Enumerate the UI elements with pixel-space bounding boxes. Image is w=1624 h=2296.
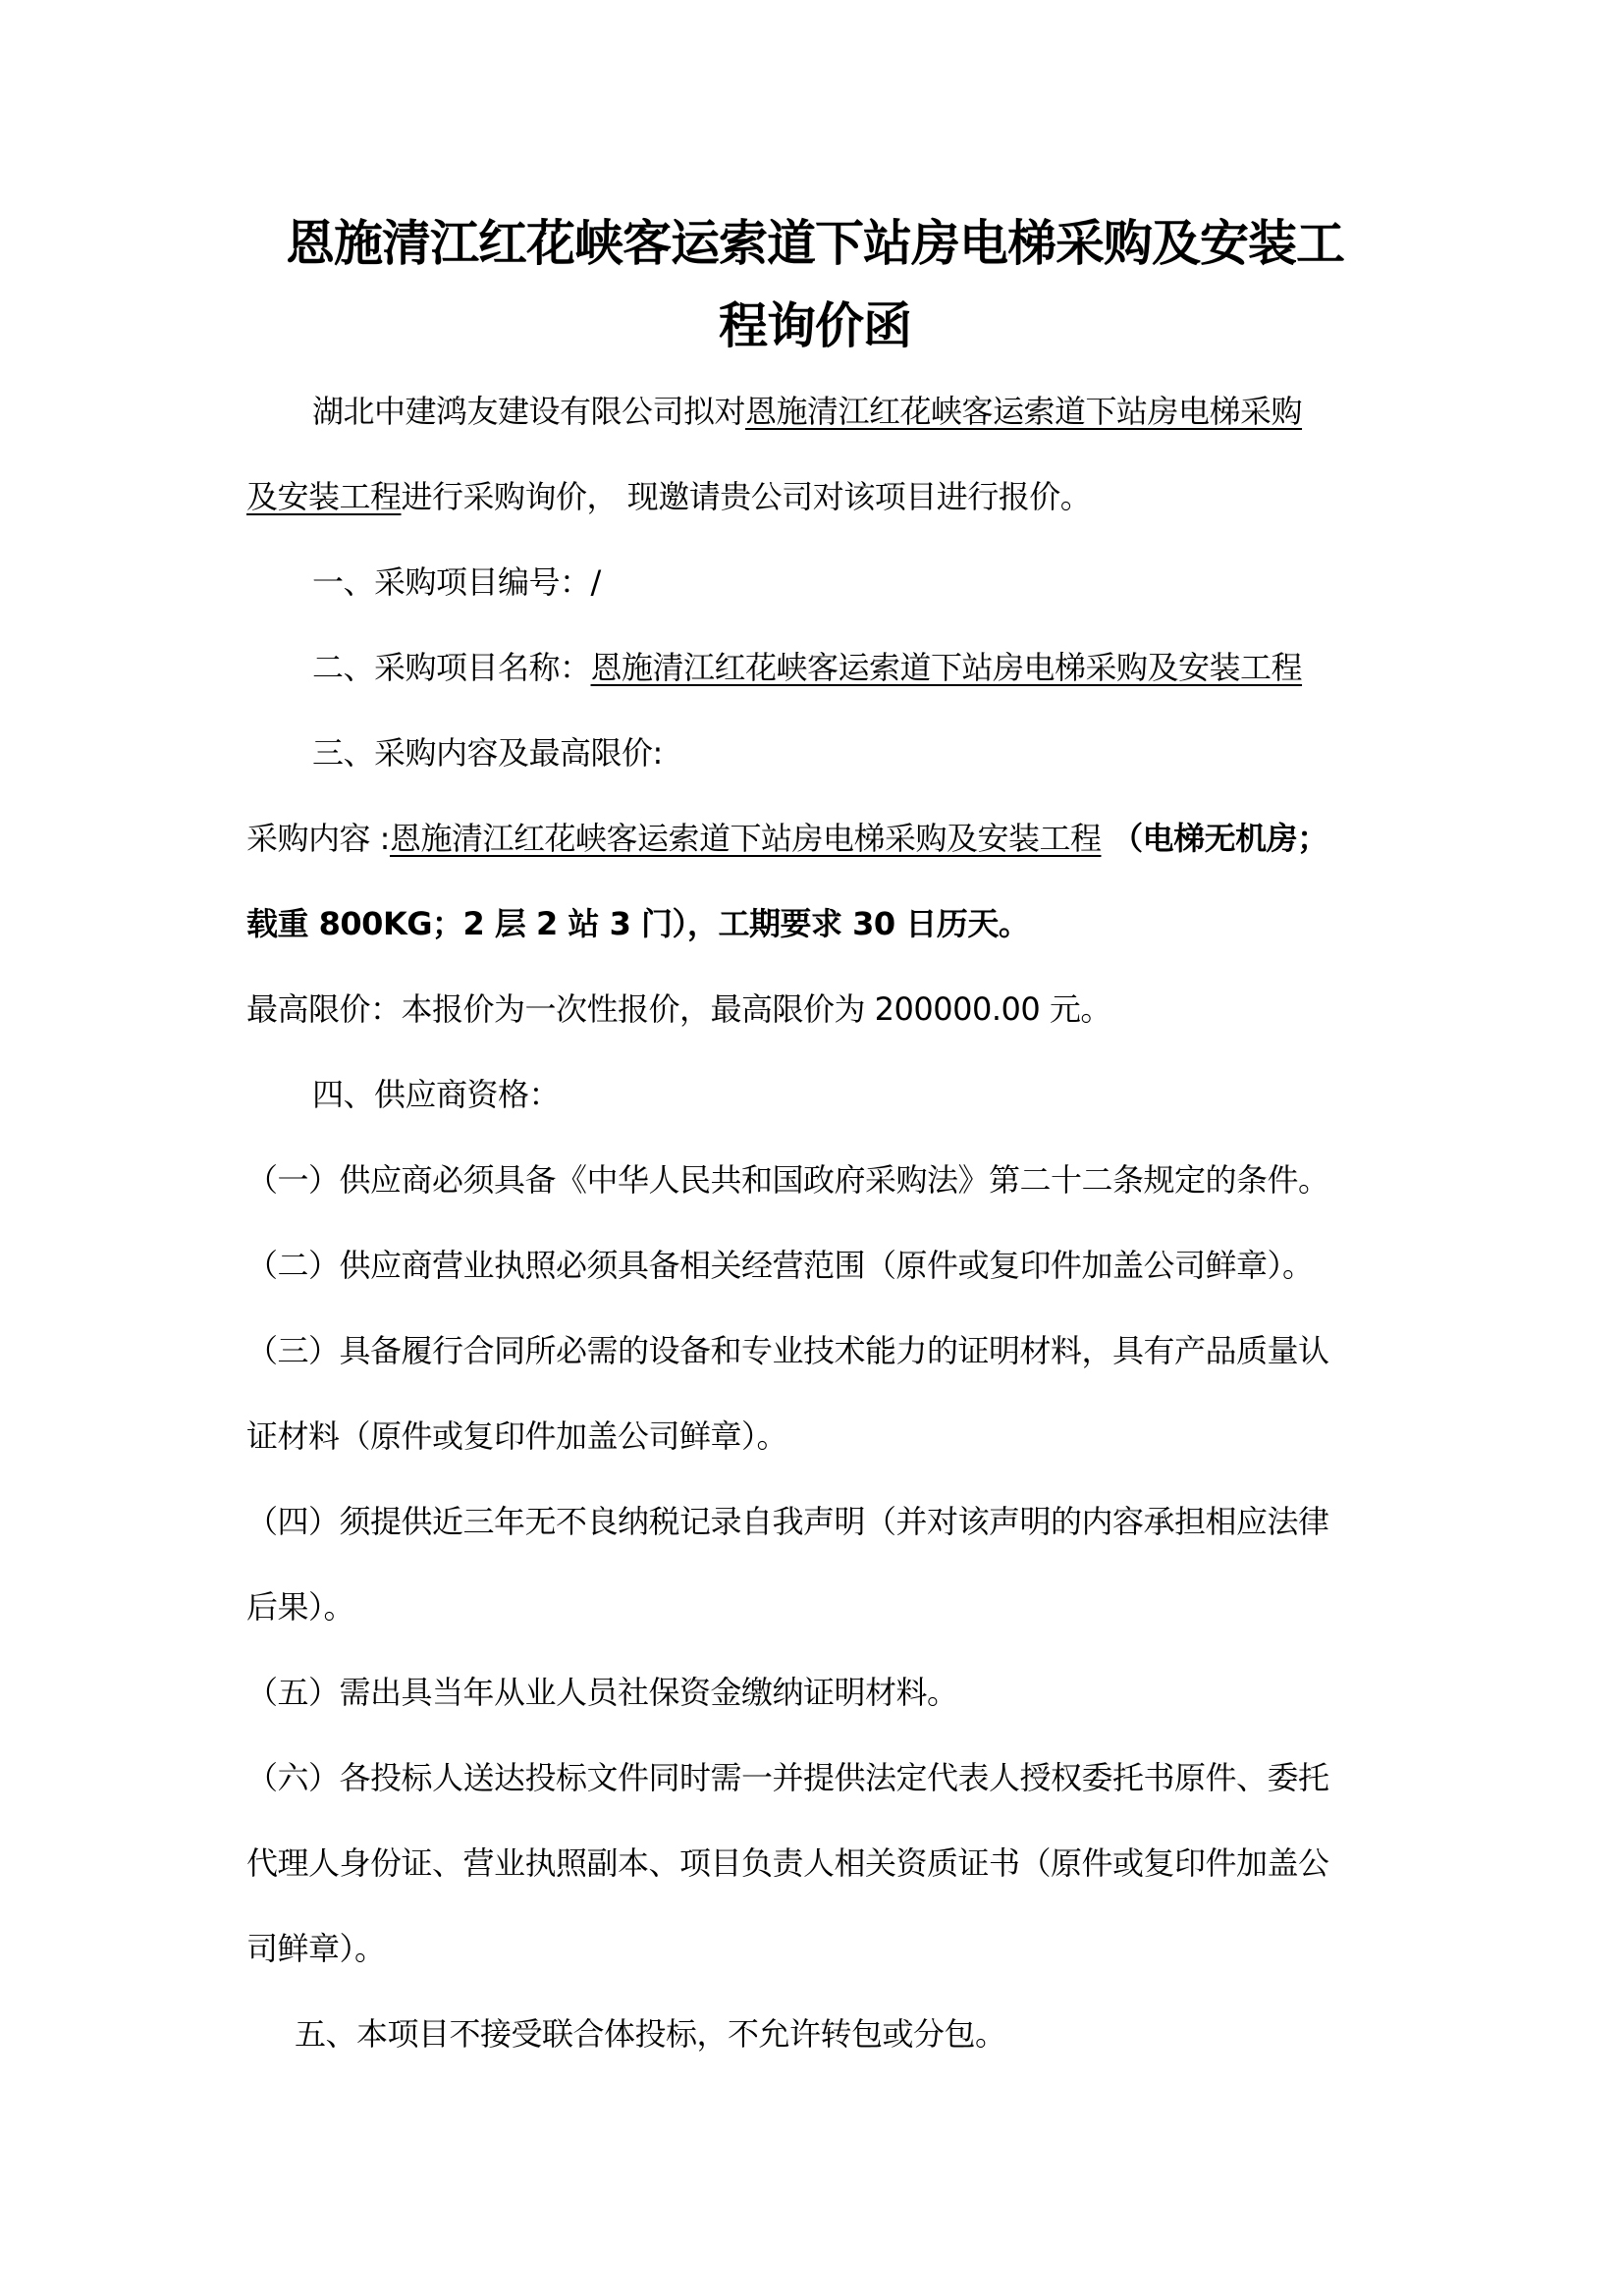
content-project-name: 恩施清江红花峡客运索道下站房电梯采购及安装工程 (390, 820, 1102, 857)
max-price-line: 最高限价：本报价为一次性报价，最高限价为 200000.00 元。 (246, 989, 1405, 1029)
section-2-value: 恩施清江红花峡客运索道下站房电梯采购及安装工程 (591, 649, 1303, 686)
section-2-label: 二、采购项目名称： (312, 649, 591, 686)
content-label: 采购内容 : (246, 820, 390, 857)
section-1-value: / (591, 563, 601, 601)
section-3-heading: 三、采购内容及最高限价: (312, 733, 1471, 773)
intro-paragraph-line-1: 湖北中建鸿友建设有限公司拟对恩施清江红花峡客运索道下站房电梯采购 (312, 392, 1471, 431)
qualification-4-line-2: 后果）。 (246, 1587, 1405, 1627)
intro-paragraph-line-2: 及安装工程进行采购询价， 现邀请贵公司对该项目进行报价。 (246, 477, 1405, 516)
intro-project-name-continued: 及安装工程 (246, 478, 402, 515)
document-title-line-2: 程询价函 (245, 296, 1384, 355)
document-title-line-1: 恩施清江红花峡客运索道下站房电梯采购及安装工 (245, 214, 1384, 273)
qualification-1: （一）供应商必须具备《中华人民共和国政府采购法》第二十二条规定的条件。 (246, 1160, 1405, 1200)
intro-invitation-text: 进行采购询价， 现邀请贵公司对该项目进行报价。 (402, 478, 1092, 515)
section-1-project-number: 一、采购项目编号：/ (312, 562, 1471, 602)
procurement-content-line-2: 载重 800KG；2 层 2 站 3 门），工期要求 30 日历天。 (246, 904, 1405, 943)
intro-project-name-underlined: 恩施清江红花峡客运索道下站房电梯采购 (745, 393, 1302, 430)
qualification-6-line-3: 司鲜章）。 (246, 1929, 1405, 1968)
intro-company-text: 湖北中建鸿友建设有限公司拟对 (312, 393, 745, 430)
section-5-no-consortium: 五、本项目不接受联合体投标，不允许转包或分包。 (295, 2014, 1453, 2054)
content-spec-part-1: （电梯无机房； (1101, 820, 1327, 857)
section-4-heading: 四、供应商资格： (312, 1075, 1471, 1114)
qualification-6-line-2: 代理人身份证、营业执照副本、项目负责人相关资质证书（原件或复印件加盖公 (246, 1843, 1405, 1883)
qualification-3-line-2: 证材料（原件或复印件加盖公司鲜章）。 (246, 1416, 1405, 1456)
qualification-6-line-1: （六）各投标人送达投标文件同时需一并提供法定代表人授权委托书原件、委托 (246, 1758, 1405, 1797)
qualification-5: （五）需出具当年从业人员社保资金缴纳证明材料。 (246, 1673, 1405, 1712)
qualification-4-line-1: （四）须提供近三年无不良纳税记录自我声明（并对该声明的内容承担相应法律 (246, 1502, 1405, 1541)
qualification-3-line-1: （三）具备履行合同所必需的设备和专业技术能力的证明材料，具有产品质量认 (246, 1331, 1405, 1370)
procurement-content-line-1: 采购内容 :恩施清江红花峡客运索道下站房电梯采购及安装工程 （电梯无机房； (246, 819, 1405, 858)
section-1-label: 一、采购项目编号： (312, 563, 591, 601)
section-2-project-name: 二、采购项目名称：恩施清江红花峡客运索道下站房电梯采购及安装工程 (312, 648, 1471, 687)
qualification-2: （二）供应商营业执照必须具备相关经营范围（原件或复印件加盖公司鲜章）。 (246, 1246, 1405, 1285)
document-page: 恩施清江红花峡客运索道下站房电梯采购及安装工 程询价函 湖北中建鸿友建设有限公司… (0, 0, 1624, 2296)
